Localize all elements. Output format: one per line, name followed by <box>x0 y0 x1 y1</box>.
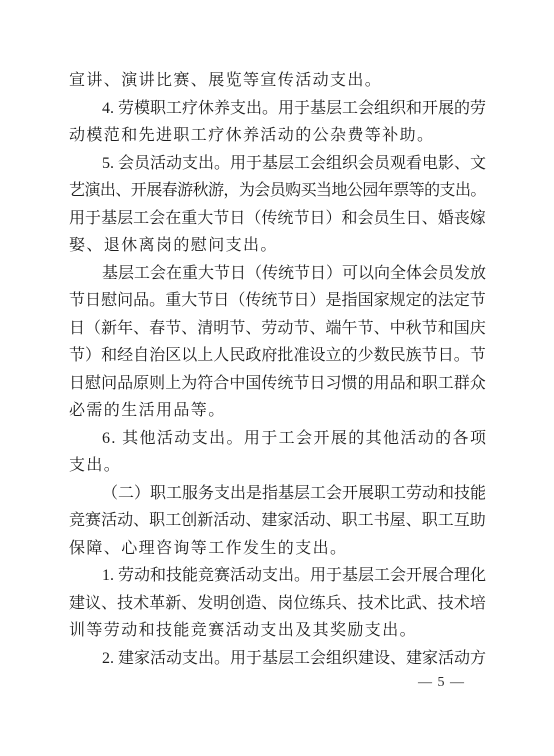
char: 动 <box>117 507 133 535</box>
char: （ <box>246 260 262 288</box>
char: 的 <box>422 287 438 315</box>
text-line: 宣讲、演讲比赛、展览等宣传活动支出。 <box>69 67 486 95</box>
char: 大 <box>197 205 213 233</box>
char: 出 <box>278 562 294 590</box>
char: 传 <box>261 370 277 398</box>
char: 日 <box>69 315 85 343</box>
char: 工 <box>294 645 310 673</box>
char: 、 <box>309 315 325 343</box>
char: 端 <box>326 315 342 343</box>
char: 问 <box>117 287 133 315</box>
char: 职 <box>150 480 166 508</box>
char: 工 <box>294 150 310 178</box>
char: 中 <box>229 370 245 398</box>
char: 基 <box>262 645 278 673</box>
char: 于 <box>326 562 342 590</box>
char: 、 <box>261 590 277 618</box>
char: 于 <box>246 150 262 178</box>
char: 织 <box>342 645 358 673</box>
char: 。 <box>214 645 230 673</box>
char: 支 <box>230 95 246 123</box>
char: 赛 <box>214 562 230 590</box>
char: 6 <box>102 425 110 453</box>
char: 问 <box>101 370 117 398</box>
char: 明 <box>213 590 229 618</box>
char: 传 <box>261 205 277 233</box>
char: 位 <box>293 590 309 618</box>
char: 。 <box>294 562 310 590</box>
char: 、 <box>454 150 470 178</box>
char: 出 <box>230 480 246 508</box>
char: 活 <box>213 507 229 535</box>
char: 惯 <box>342 370 358 398</box>
document-page: 宣讲、演讲比赛、展览等宣传活动支出。4. 劳模职工疗休养支出。用于基层工会组织和… <box>0 0 554 756</box>
char: 。 <box>470 177 485 205</box>
char: 日 <box>438 342 454 370</box>
char: 养 <box>214 95 230 123</box>
char: 工 <box>166 480 182 508</box>
char: 出 <box>209 425 225 453</box>
char: 会 <box>150 260 166 288</box>
text-line: 4. 劳模职工疗休养支出。用于基层工会组织和开展的劳 <box>69 95 486 123</box>
char: 。 <box>226 425 242 453</box>
char: 指 <box>342 287 358 315</box>
char: 用 <box>310 562 326 590</box>
char: 层 <box>278 150 294 178</box>
text-line: 保障、心理咨询等工作发生的支出。 <box>69 535 486 563</box>
char: 规 <box>390 287 406 315</box>
char: 民 <box>390 342 406 370</box>
char: 节 <box>293 315 309 343</box>
char: 用 <box>230 150 246 178</box>
char: 立 <box>326 342 342 370</box>
char: 会 <box>310 645 326 673</box>
char: 1 <box>102 562 110 590</box>
char: 治 <box>149 342 165 370</box>
text-line: 日（新年、春节、清明节、劳动节、端午节、中秋节和国庆 <box>69 315 486 343</box>
char: 日 <box>309 205 325 233</box>
document-body: 宣讲、演讲比赛、展览等宣传活动支出。4. 劳模职工疗休养支出。用于基层工会组织和… <box>69 67 486 672</box>
char: 于 <box>261 425 277 453</box>
char: 年 <box>117 315 133 343</box>
char: 能 <box>470 480 486 508</box>
char: 地 <box>331 177 346 205</box>
char: 则 <box>149 370 165 398</box>
char: 活 <box>101 507 117 535</box>
char: 培 <box>470 590 486 618</box>
char: 。 <box>149 287 165 315</box>
char: 政 <box>245 342 261 370</box>
char: 明 <box>213 315 229 343</box>
char: 和 <box>406 370 422 398</box>
char: 2 <box>102 645 110 673</box>
char: 节 <box>197 287 213 315</box>
char: 务 <box>198 480 214 508</box>
char: 动 <box>246 562 262 590</box>
text-line: 竞赛活动、职工创新活动、建家活动、职工书屋、职工互助 <box>69 507 486 535</box>
char: 开 <box>313 425 329 453</box>
char: 文 <box>470 150 486 178</box>
char: 在 <box>166 260 182 288</box>
char: 员 <box>438 260 454 288</box>
char: （ <box>229 287 245 315</box>
char: 基 <box>342 562 358 590</box>
char: 职 <box>422 507 438 535</box>
char: 重 <box>165 287 181 315</box>
char: 等 <box>409 177 424 205</box>
char: 工 <box>166 95 182 123</box>
char: 群 <box>454 370 470 398</box>
char: 层 <box>294 480 310 508</box>
char: 节 <box>422 315 438 343</box>
char: 用 <box>230 645 246 673</box>
text-line: 2. 建家活动支出。用于基层工会组织建设、建家活动方 <box>69 645 486 673</box>
text-line: （二）职工服务支出是指基层工会开展职工劳动和技能 <box>69 480 486 508</box>
char: 节 <box>229 315 245 343</box>
char: 区 <box>165 342 181 370</box>
char: 的 <box>424 177 439 205</box>
char: 批 <box>277 342 293 370</box>
char: 购 <box>285 177 300 205</box>
char: 工 <box>165 507 181 535</box>
char: 体 <box>406 260 422 288</box>
char: 、 <box>181 315 197 343</box>
char: （ <box>85 315 101 343</box>
char: 午 <box>342 315 358 343</box>
char: 合 <box>213 370 229 398</box>
text-line: 建议、技术革新、发明创造、岗位练兵、技术比武、技术培 <box>69 590 486 618</box>
char: 屋 <box>390 507 406 535</box>
char: 全 <box>390 260 406 288</box>
char: 原 <box>133 370 149 398</box>
char: 传 <box>262 260 278 288</box>
char: 会 <box>358 205 374 233</box>
char: 革 <box>149 590 165 618</box>
char: 秋 <box>406 315 422 343</box>
char: 统 <box>277 205 293 233</box>
char: 工 <box>279 425 295 453</box>
char: 、 <box>101 590 117 618</box>
char: 开 <box>422 95 438 123</box>
char: 节 <box>69 342 85 370</box>
char: 动 <box>174 425 190 453</box>
char: 节 <box>470 342 486 370</box>
text-line: 日慰问品原则上为符合中国传统节日习惯的用品和职工群众 <box>69 370 486 398</box>
char: 展 <box>438 95 454 123</box>
char: 层 <box>117 205 133 233</box>
char: 助 <box>470 507 486 535</box>
char: 上 <box>165 370 181 398</box>
char: 用 <box>69 205 85 233</box>
char: 节 <box>422 342 438 370</box>
char: 众 <box>470 370 486 398</box>
char: 的 <box>435 425 451 453</box>
char: 春 <box>149 315 165 343</box>
char: 庆 <box>470 315 486 343</box>
char: 会 <box>422 260 438 288</box>
char: 休 <box>198 95 214 123</box>
char: 演 <box>84 177 99 205</box>
char: 。 <box>262 95 278 123</box>
char: 动 <box>309 507 325 535</box>
char: 统 <box>261 287 277 315</box>
char: 游 <box>177 177 192 205</box>
char: 为 <box>181 370 197 398</box>
char: 大 <box>198 260 214 288</box>
char: 数 <box>374 342 390 370</box>
char: 各 <box>453 425 469 453</box>
char: 府 <box>261 342 277 370</box>
text-line: 必需的生活用品等。 <box>69 397 486 425</box>
char: 为 <box>239 177 254 205</box>
char: 民 <box>229 342 245 370</box>
char: 用 <box>244 425 260 453</box>
char: 会 <box>149 205 165 233</box>
char: 慰 <box>85 370 101 398</box>
char: 嫁 <box>470 205 486 233</box>
char: 技 <box>166 562 182 590</box>
char: 其 <box>366 425 382 453</box>
char: 节 <box>69 287 85 315</box>
text-line: 艺演出、开展春游秋游，为会员购买当地公园年票等的支出。 <box>69 177 486 205</box>
char: 向 <box>374 260 390 288</box>
char: 设 <box>309 342 325 370</box>
char: 日 <box>406 205 422 233</box>
char: 的 <box>454 95 470 123</box>
text-line: 娶、退休离岗的慰问支出。 <box>69 232 486 260</box>
char: 、 <box>326 507 342 535</box>
char: 影 <box>438 150 454 178</box>
char: 他 <box>140 425 156 453</box>
char: 层 <box>358 562 374 590</box>
char: 品 <box>117 370 133 398</box>
char: 动 <box>418 425 434 453</box>
char: 疗 <box>182 95 198 123</box>
char: 会 <box>390 562 406 590</box>
char: 支 <box>192 425 208 453</box>
char: 5 <box>102 150 110 178</box>
text-line: 基层工会在重大节日（传统节日）可以向全体会员发放 <box>69 260 486 288</box>
char: 活 <box>150 150 166 178</box>
char: 统 <box>277 370 293 398</box>
char: 、 <box>133 315 149 343</box>
char: 国 <box>245 370 261 398</box>
char: 员 <box>374 205 390 233</box>
char: 日 <box>310 260 326 288</box>
char: 。 <box>214 150 230 178</box>
char: ， <box>223 177 238 205</box>
char: . <box>111 425 115 453</box>
char: 活 <box>230 562 246 590</box>
char: 劳 <box>261 315 277 343</box>
text-line: 节日慰问品。重大节日（传统节日）是指国家规定的法定节 <box>69 287 486 315</box>
char: 员 <box>134 150 150 178</box>
char: 劳 <box>406 480 422 508</box>
char: 和 <box>438 315 454 343</box>
char: 、 <box>422 590 438 618</box>
char: 家 <box>134 645 150 673</box>
char: 工 <box>310 480 326 508</box>
char: 节 <box>470 287 486 315</box>
char: 会 <box>358 150 374 178</box>
char: 会 <box>118 150 134 178</box>
char: 建 <box>69 590 85 618</box>
char: 岗 <box>277 590 293 618</box>
char: 劳 <box>470 95 486 123</box>
char: 准 <box>293 342 309 370</box>
char: 定 <box>406 287 422 315</box>
char: 劳 <box>118 95 134 123</box>
text-line: 支出。 <box>69 452 486 480</box>
char: 建 <box>358 645 374 673</box>
char: 活 <box>157 425 173 453</box>
char: 支 <box>440 177 455 205</box>
char: 的 <box>348 425 364 453</box>
char: 竞 <box>198 562 214 590</box>
char: 重 <box>182 260 198 288</box>
char: 、 <box>181 590 197 618</box>
char: 婚 <box>438 205 454 233</box>
char: 用 <box>374 370 390 398</box>
char: 组 <box>374 95 390 123</box>
char: 、 <box>133 507 149 535</box>
char: 展 <box>422 562 438 590</box>
char: 开 <box>131 177 146 205</box>
char: 的 <box>358 370 374 398</box>
text-line: 动模范和先进职工疗休养活动的公杂费等补助。 <box>69 122 486 150</box>
char: 化 <box>470 562 486 590</box>
char: 是 <box>246 480 262 508</box>
char: 日 <box>229 205 245 233</box>
char: 电 <box>422 150 438 178</box>
char: 、 <box>115 177 130 205</box>
char: 工 <box>374 562 390 590</box>
char: 艺 <box>69 177 84 205</box>
char: 公 <box>347 177 362 205</box>
char: 员 <box>374 150 390 178</box>
text-line: 节）和经自治区以上人民政府批准设立的少数民族节日。节 <box>69 342 486 370</box>
char: 和 <box>438 480 454 508</box>
char: 新 <box>165 590 181 618</box>
char: 竞 <box>69 507 85 535</box>
char: 用 <box>278 95 294 123</box>
char: 、 <box>245 315 261 343</box>
char: 放 <box>470 260 486 288</box>
char: 模 <box>134 95 150 123</box>
char: 工 <box>390 480 406 508</box>
char: 于 <box>85 205 101 233</box>
char: 4 <box>102 95 110 123</box>
char: 武 <box>406 590 422 618</box>
char: 节 <box>294 260 310 288</box>
char: 秋 <box>193 177 208 205</box>
char: 出 <box>198 645 214 673</box>
char: 比 <box>390 590 406 618</box>
char: 会 <box>326 480 342 508</box>
char: 层 <box>326 95 342 123</box>
char: 能 <box>182 562 198 590</box>
char: 生 <box>390 205 406 233</box>
char: 和 <box>150 562 166 590</box>
char: 节 <box>293 205 309 233</box>
char: 、 <box>422 205 438 233</box>
char: 重 <box>181 205 197 233</box>
char: 议 <box>85 590 101 618</box>
char: 互 <box>454 507 470 535</box>
char: 织 <box>390 95 406 123</box>
char: 活 <box>438 645 454 673</box>
char: 组 <box>326 645 342 673</box>
char: 新 <box>197 507 213 535</box>
char: 兵 <box>326 590 342 618</box>
char: 会 <box>310 150 326 178</box>
char: 出 <box>455 177 470 205</box>
char: 支 <box>262 562 278 590</box>
char: 国 <box>358 287 374 315</box>
char: 基 <box>278 480 294 508</box>
char: 活 <box>293 507 309 535</box>
char: 日 <box>293 287 309 315</box>
char: 他 <box>383 425 399 453</box>
char: 家 <box>277 507 293 535</box>
char: 建 <box>118 645 134 673</box>
char: 家 <box>374 287 390 315</box>
char: 基 <box>101 205 117 233</box>
char: 日 <box>309 370 325 398</box>
char: 方 <box>470 645 486 673</box>
char: 组 <box>326 150 342 178</box>
char: 新 <box>101 315 117 343</box>
char: 基 <box>310 95 326 123</box>
char: 慰 <box>101 287 117 315</box>
text-line: 1. 劳动和技能竞赛活动支出。用于基层工会开展合理化 <box>69 562 486 590</box>
char: 观 <box>390 150 406 178</box>
char: 展 <box>358 480 374 508</box>
char: 自 <box>133 342 149 370</box>
char: 活 <box>150 645 166 673</box>
char: 动 <box>166 645 182 673</box>
char: 动 <box>166 150 182 178</box>
char: 节 <box>165 315 181 343</box>
char: 日 <box>69 370 85 398</box>
char: 春 <box>162 177 177 205</box>
char: 品 <box>390 370 406 398</box>
char: 术 <box>133 590 149 618</box>
char: 出 <box>246 95 262 123</box>
text-line: 训等劳动和技能竞赛活动支出及其奖励支出。 <box>69 617 486 645</box>
char: 工 <box>438 507 454 535</box>
text-line: 6. 其他活动支出。用于工会开展的其他活动的各项 <box>69 425 486 453</box>
char: 族 <box>406 342 422 370</box>
char: 技 <box>454 480 470 508</box>
char: 中 <box>390 315 406 343</box>
char: 买 <box>301 177 316 205</box>
char: 国 <box>454 315 470 343</box>
char: 其 <box>122 425 138 453</box>
char: 和 <box>101 342 117 370</box>
text-line: 5. 会员活动支出。用于基层工会组织会员观看电影、文 <box>69 150 486 178</box>
char: 职 <box>342 507 358 535</box>
char: 日 <box>85 287 101 315</box>
char: 节 <box>358 315 374 343</box>
char: 园 <box>362 177 377 205</box>
char: ） <box>134 480 150 508</box>
char: 工 <box>438 370 454 398</box>
char: 术 <box>374 590 390 618</box>
char: ） <box>326 205 342 233</box>
char: 定 <box>454 287 470 315</box>
char: 服 <box>182 480 198 508</box>
